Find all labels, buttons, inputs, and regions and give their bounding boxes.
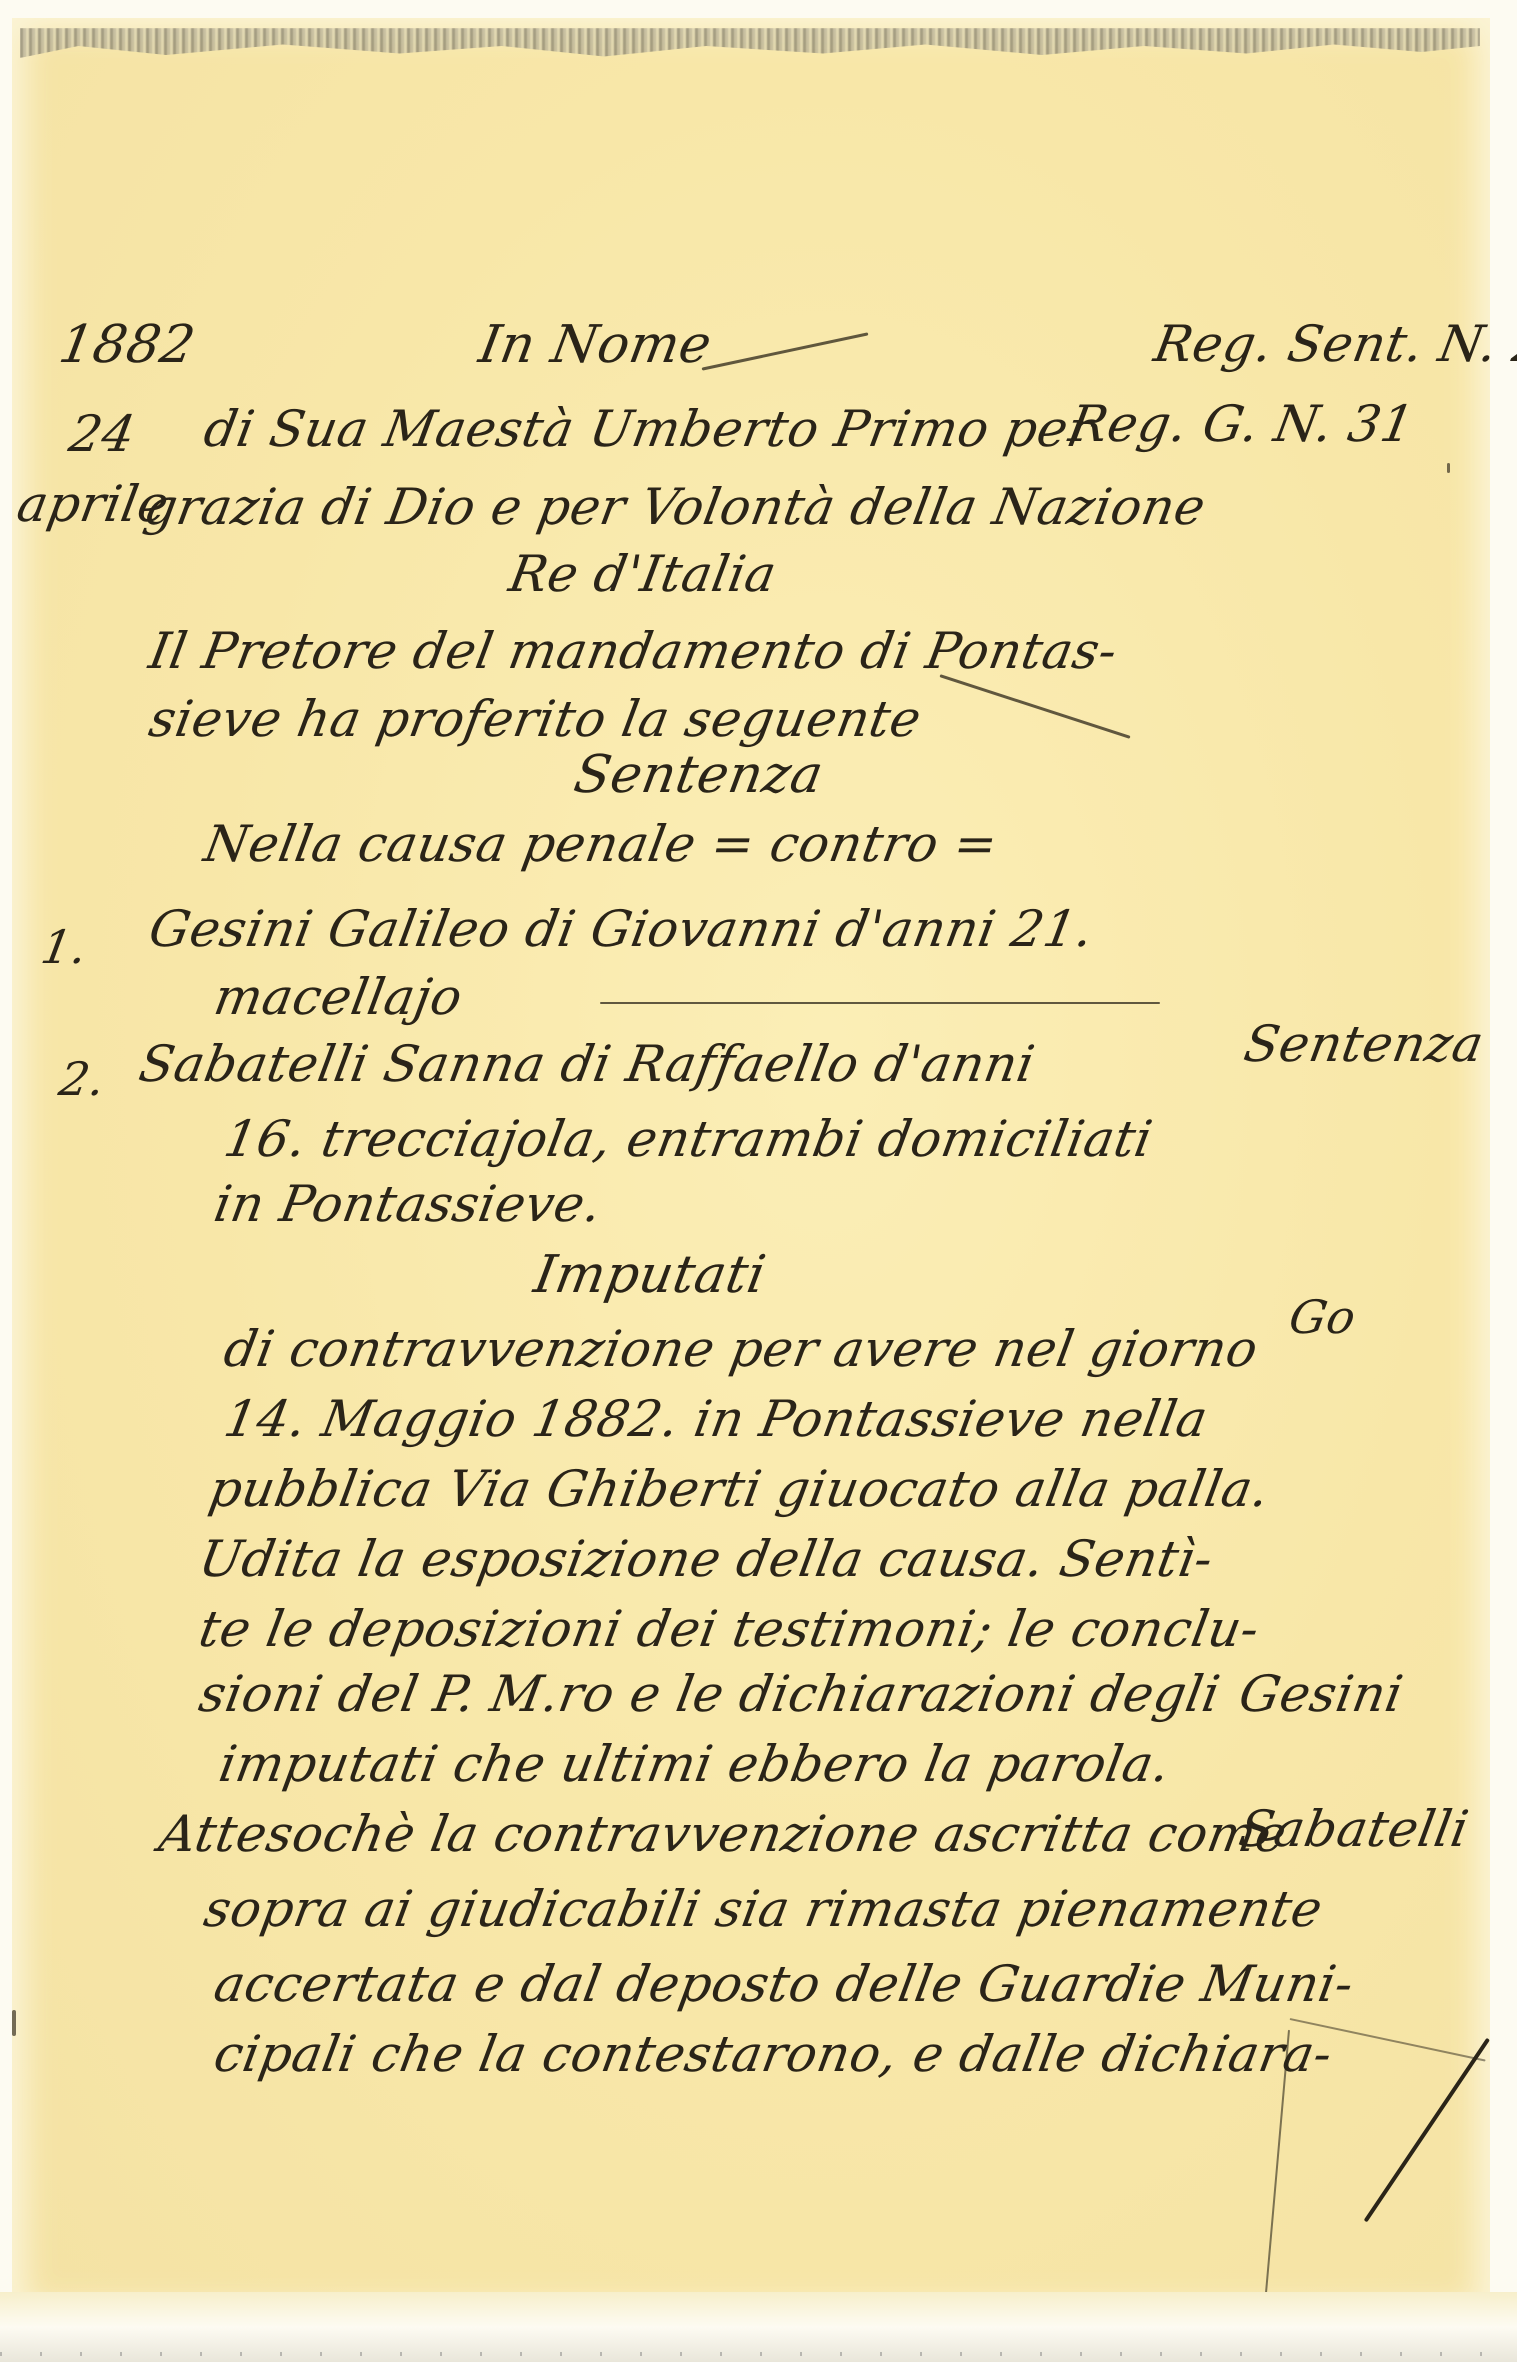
defendant-1-line-1: Gesini Galileo di Giovanni d'anni 21. — [145, 900, 1098, 958]
margin-year: 1882 — [55, 315, 200, 375]
item-2-number: 2. — [55, 1052, 109, 1106]
header-line-1: di Sua Maestà Umberto Primo per — [200, 400, 1097, 458]
defendant-2-line-2: 16. trecciajola, entrambi domiciliati — [220, 1110, 1157, 1168]
sentenza-title: Sentenza — [570, 745, 828, 805]
charge-line-7: imputati che ultimi ebbero la parola. — [215, 1735, 1175, 1793]
register-line-1: Reg. Sent. N. 2. — [1150, 315, 1517, 373]
charge-line-6: sioni del P. M.ro e le dichiarazioni deg… — [195, 1665, 1225, 1723]
margin-note-gesini: Gesini — [1235, 1665, 1408, 1723]
charge-line-5: te le deposizioni dei testimoni; le conc… — [195, 1600, 1264, 1658]
header-line-2: grazia di Dio e per Volontà della Nazion… — [140, 478, 1210, 536]
header-line-3: Re d'Italia — [505, 545, 781, 603]
intro-line-2: sieve ha proferito la seguente — [145, 690, 926, 748]
charge-line-11: cipali che la contestarono, e dalle dich… — [210, 2025, 1337, 2083]
left-ink-mark — [12, 2010, 16, 2036]
intro-line-1: Il Pretore del mandamento di Pontas- — [145, 622, 1122, 680]
bottom-edge-marks — [0, 2352, 1517, 2356]
charge-line-9: sopra ai giudicabili sia rimasta piename… — [200, 1880, 1327, 1938]
separator-line — [600, 1002, 1160, 1004]
margin-note-go: Go — [1285, 1290, 1360, 1344]
defendant-1-line-2: macellajo — [210, 968, 467, 1026]
charge-line-3: pubblica Via Ghiberti giuocato alla pall… — [205, 1460, 1274, 1518]
register-line-2: Reg. G. N. 31 — [1065, 395, 1419, 453]
margin-day: 24 — [65, 405, 140, 463]
charge-line-8: Attesochè la contravvenzione ascritta co… — [155, 1805, 1291, 1863]
margin-note-sabatelli: Sabatelli — [1235, 1800, 1473, 1858]
ink-dot — [1447, 463, 1450, 473]
defendant-2-line-1: Sabatelli Sanna di Raffaello d'anni — [135, 1035, 1039, 1093]
charge-line-10: accertata e dal deposto delle Guardie Mu… — [210, 1955, 1358, 2013]
charge-line-2: 14. Maggio 1882. in Pontassieve nella — [220, 1390, 1212, 1448]
torn-top-edge — [20, 28, 1480, 58]
case-line-1: Nella causa penale = contro = — [200, 815, 1002, 873]
defendant-2-line-3: in Pontassieve. — [210, 1175, 606, 1233]
imputati-title: Imputati — [530, 1245, 771, 1305]
invocation: In Nome — [475, 315, 717, 375]
charge-line-4: Udita la esposizione della causa. Sentì- — [195, 1530, 1218, 1588]
charge-line-1: di contravvenzione per avere nel giorno — [220, 1320, 1263, 1378]
item-1-number: 1. — [37, 920, 91, 974]
margin-note-sentenza: Sentenza — [1240, 1015, 1488, 1073]
